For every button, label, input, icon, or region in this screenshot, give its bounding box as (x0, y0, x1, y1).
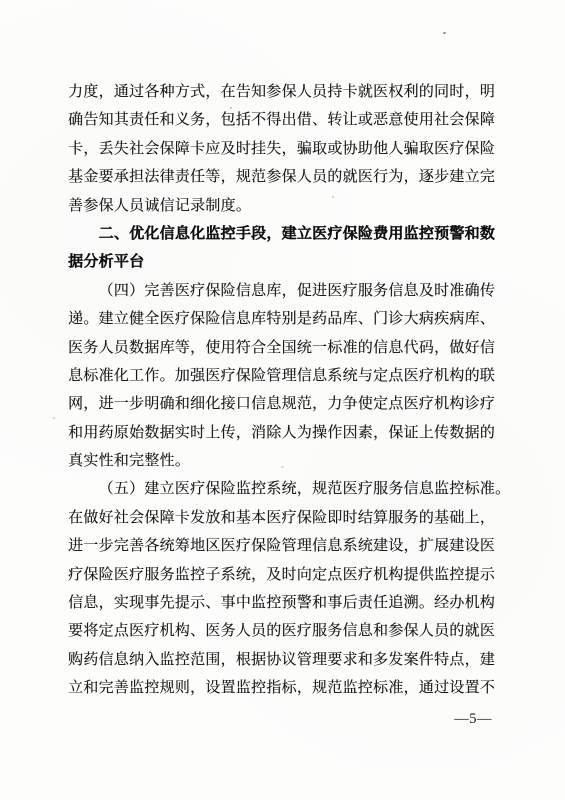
text-line: 真实性和完整性。 (68, 447, 498, 475)
scan-speck (281, 466, 284, 468)
page-number: —5— (454, 711, 492, 728)
text-line: 立和完善监控规则，设置监控指标，规范监控标准，通过设置不 (68, 674, 498, 702)
text-line: 息标准化工作。加强医疗保险管理信息系统与定点医疗机构的联 (68, 362, 498, 390)
text-line: 医务人员数据库等，使用符合全国统一标准的信息代码，做好信 (68, 334, 498, 362)
text-line: 力度，通过各种方式，在告知参保人员持卡就医权利的同时，明 (68, 78, 498, 106)
text-line: 疗保险医疗服务监控子系统，及时向定点医疗机构提供监控提示 (68, 561, 498, 589)
document-text-block: 力度，通过各种方式，在告知参保人员持卡就医权利的同时，明确告知其责任和义务，包括… (68, 78, 498, 703)
text-line: 网，进一步明确和细化接口信息规范，力争使定点医疗机构诊疗 (68, 390, 498, 418)
text-line: 购药信息纳入监控范围，根据协议管理要求和多发案件特点，建 (68, 646, 498, 674)
text-line: 在做好社会保障卡发放和基本医疗保险即时结算服务的基础上， (68, 504, 498, 532)
text-line: 递。建立健全医疗保险信息库特别是药品库、门诊大病疾病库、 (68, 305, 498, 333)
scan-speck (332, 196, 334, 198)
text-line: 卡，丢失社会保障卡应及时挂失，骗取或协助他人骗取医疗保险 (68, 135, 498, 163)
text-line: 进一步完善各统筹地区医疗保险管理信息系统建设，扩展建设医 (68, 532, 498, 560)
text-line: 基金要承担法律责任等，规范参保人员的就医行为，逐步建立完 (68, 163, 498, 191)
text-line: 确告知其责任和义务，包括不得出借、转让或恶意使用社会保障 (68, 106, 498, 134)
scan-speck (53, 417, 55, 419)
section-heading-line: 据分析平台 (68, 248, 498, 276)
document-page: 力度，通过各种方式，在告知参保人员持卡就医权利的同时，明确告知其责任和义务，包括… (0, 0, 565, 800)
scan-speck (443, 32, 446, 34)
text-line: （五）建立医疗保险监控系统，规范医疗服务信息监控标准。 (68, 475, 498, 503)
text-line: （四）完善医疗保险信息库，促进医疗服务信息及时准确传 (68, 277, 498, 305)
scan-speck (230, 107, 232, 109)
text-line: 和用药原始数据实时上传，消除人为操作因素，保证上传数据的 (68, 419, 498, 447)
text-line: 善参保人员诚信记录制度。 (68, 192, 498, 220)
text-line: 信息，实现事先提示、事中监控预警和事后责任追溯。经办机构 (68, 589, 498, 617)
section-heading-line: 二、优化信息化监控手段，建立医疗保险费用监控预警和数 (68, 220, 498, 248)
text-line: 要将定点医疗机构、医务人员的医疗服务信息和参保人员的就医 (68, 617, 498, 645)
